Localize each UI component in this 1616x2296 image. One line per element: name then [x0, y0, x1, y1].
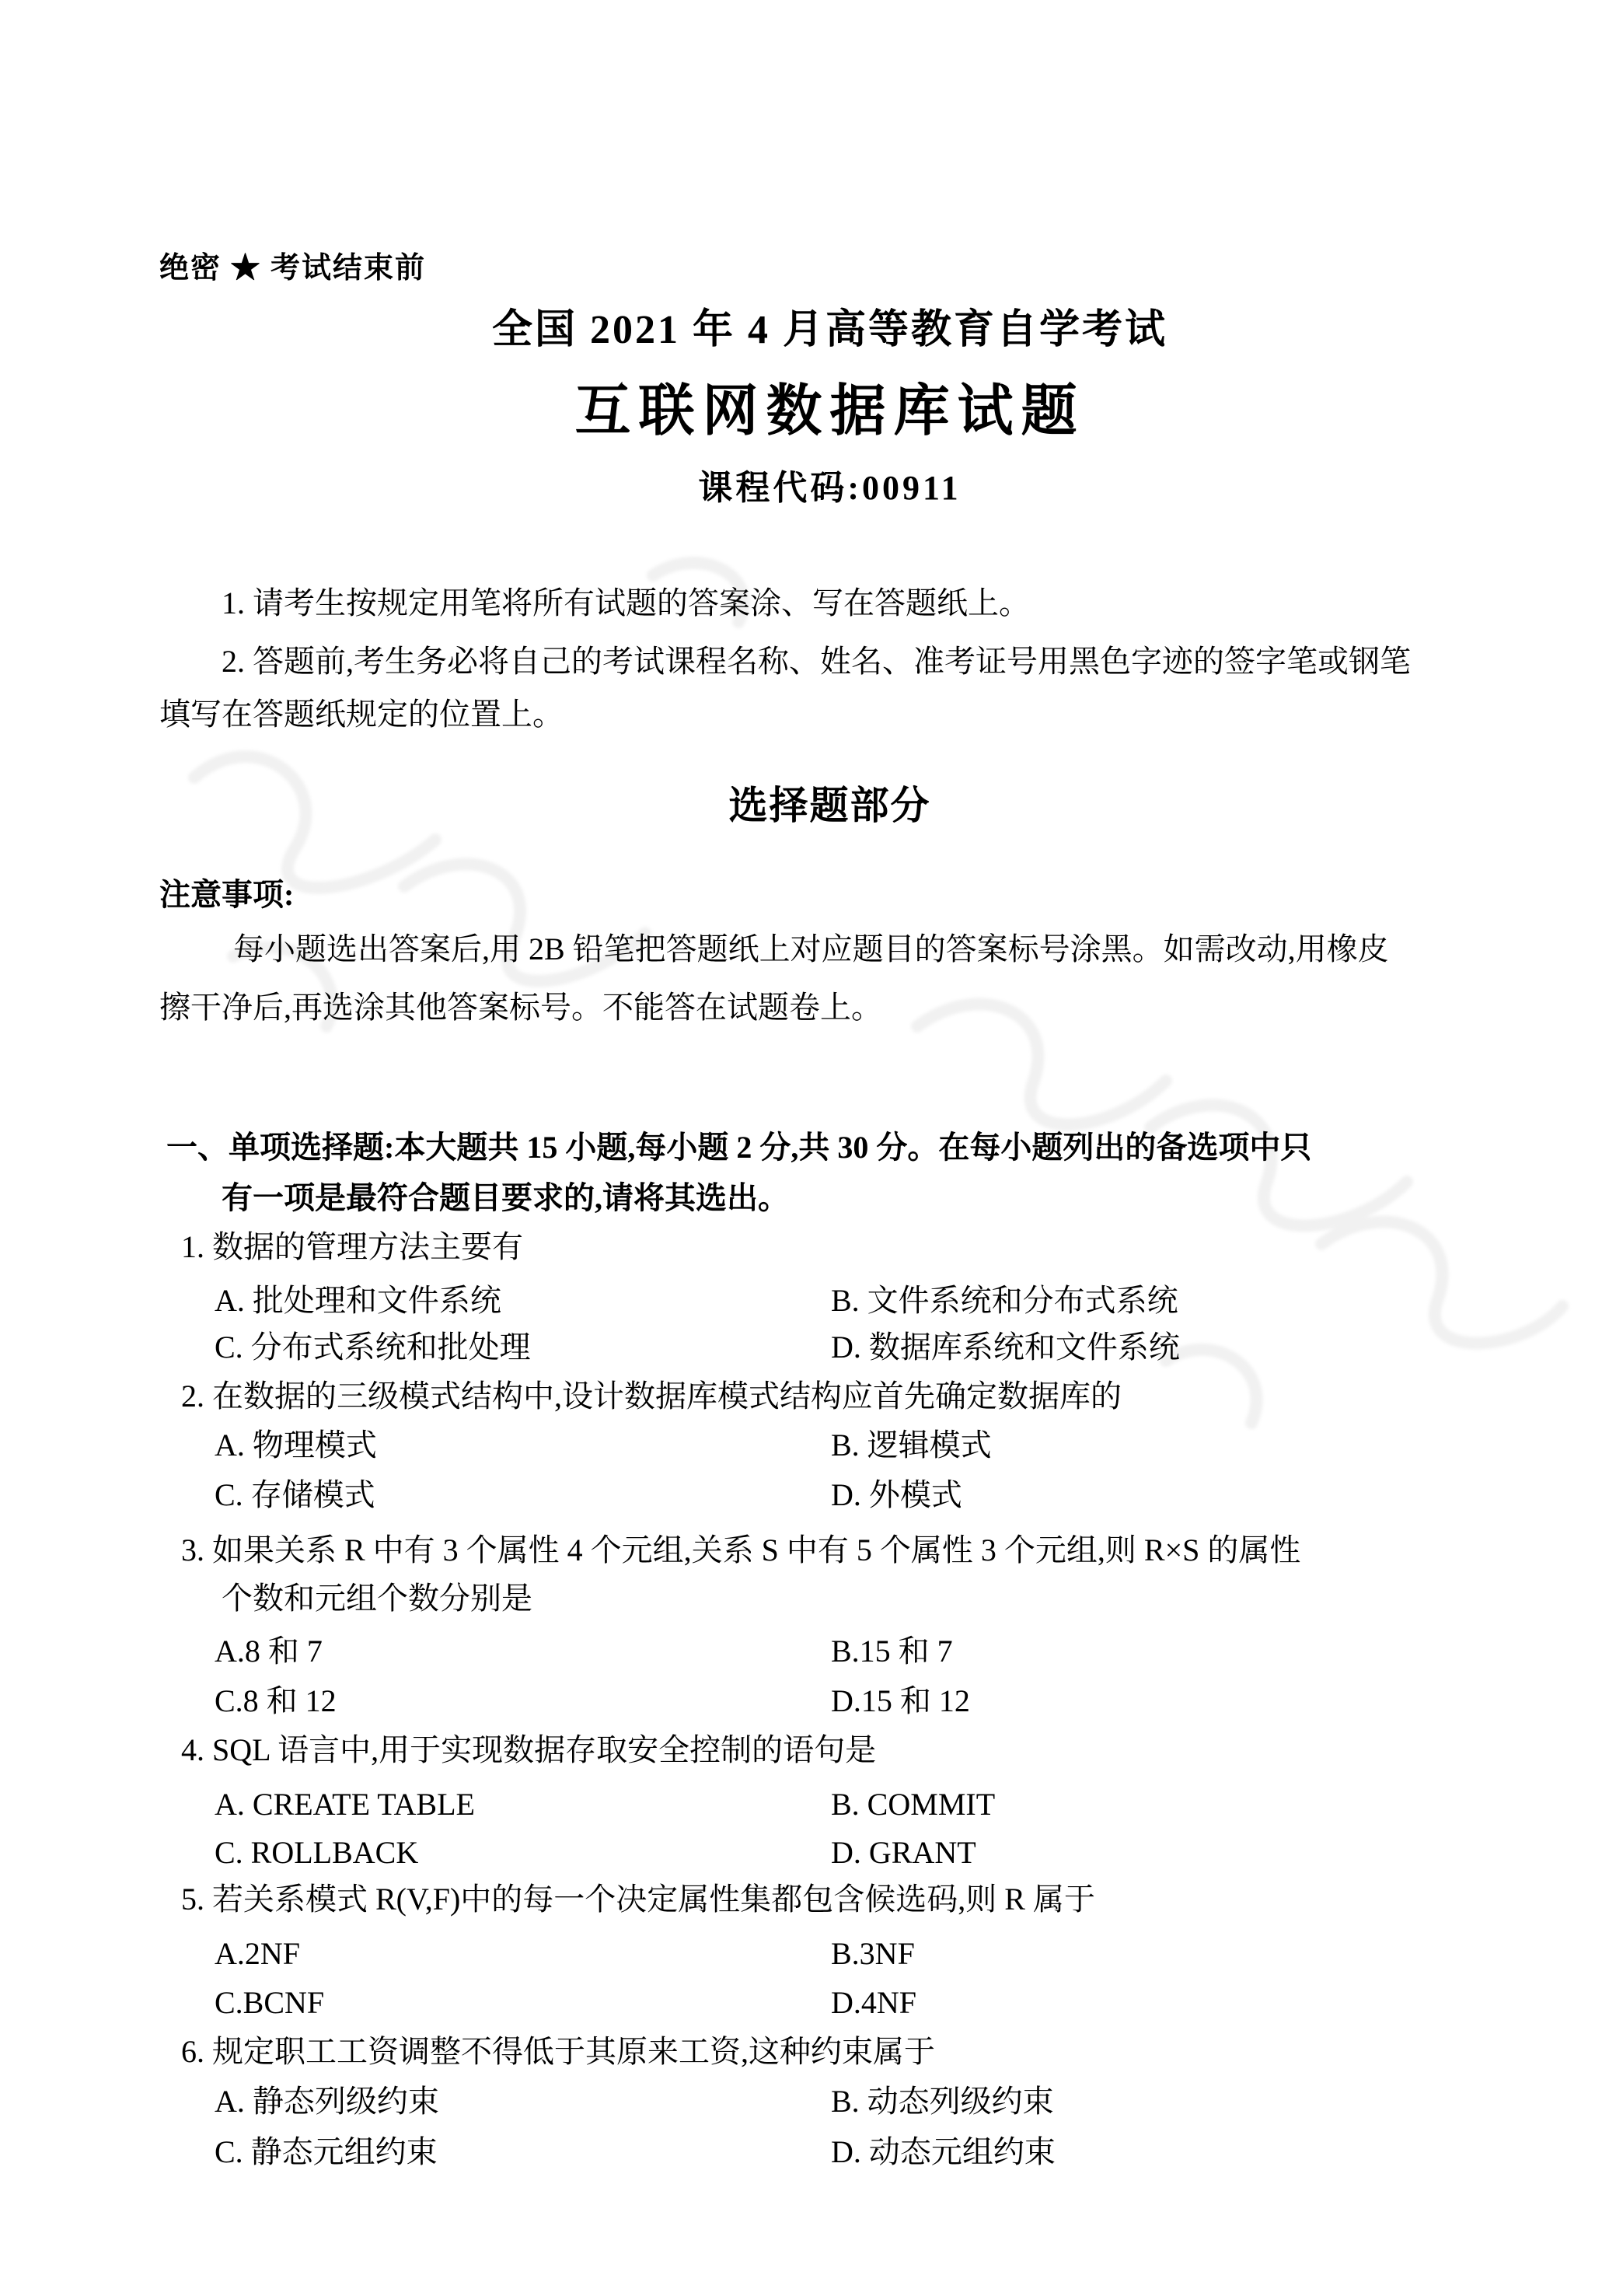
- question-5-option-d: D.4NF: [831, 1985, 1500, 2021]
- question-1-options-cd: C. 分布式系统和批处理 D. 数据库系统和文件系统: [159, 1330, 1500, 1365]
- question-1-stem: 1. 数据的管理方法主要有: [181, 1229, 1500, 1265]
- question-3-stem-line2: 个数和元组个数分别是: [222, 1581, 1500, 1616]
- question-1-option-a: A. 批处理和文件系统: [215, 1283, 831, 1319]
- notice-title: 注意事项:: [159, 877, 1500, 913]
- question-5-option-b: B.3NF: [831, 1936, 1500, 1972]
- star-icon: ★: [231, 252, 262, 285]
- question-5-option-c: C.BCNF: [215, 1985, 831, 2021]
- question-2-options-cd: C. 存储模式 D. 外模式: [159, 1477, 1500, 1513]
- question-4-option-c: C. ROLLBACK: [215, 1835, 831, 1871]
- exam-document: 绝密 ★ 考试结束前 全国 2021 年 4 月高等教育自学考试 互联网数据库试…: [0, 250, 1616, 2170]
- exam-paper-page: { "header": { "secret_left": "绝密", "star…: [0, 0, 1616, 2296]
- question-3-option-b: B.15 和 7: [831, 1634, 1500, 1669]
- question-3-options-ab: A.8 和 7 B.15 和 7: [159, 1634, 1500, 1669]
- question-4-stem: 4. SQL 语言中,用于实现数据存取安全控制的语句是: [181, 1732, 1500, 1768]
- classification-banner: 绝密 ★ 考试结束前: [159, 250, 1500, 286]
- notice-line1: 每小题选出答案后,用 2B 铅笔把答题纸上对应题目的答案标号涂黑。如需改动,用橡…: [233, 931, 1500, 967]
- question-2-options-ab: A. 物理模式 B. 逻辑模式: [159, 1428, 1500, 1463]
- question-2-option-d: D. 外模式: [831, 1477, 1500, 1513]
- question-5-options-ab: A.2NF B.3NF: [159, 1936, 1500, 1972]
- question-5-stem: 5. 若关系模式 R(V,F)中的每一个决定属性集都包含候选码,则 R 属于: [181, 1882, 1500, 1917]
- section-title: 选择题部分: [159, 782, 1500, 829]
- question-3-option-c: C.8 和 12: [215, 1683, 831, 1719]
- question-4-options-cd: C. ROLLBACK D. GRANT: [159, 1835, 1500, 1871]
- question-6-option-c: C. 静态元组约束: [215, 2134, 831, 2170]
- question-6-options-cd: C. 静态元组约束 D. 动态元组约束: [159, 2134, 1500, 2170]
- exam-title-line2: 互联网数据库试题: [159, 379, 1500, 444]
- question-2-stem: 2. 在数据的三级模式结构中,设计数据库模式结构应首先确定数据库的: [181, 1379, 1500, 1414]
- question-1-options-ab: A. 批处理和文件系统 B. 文件系统和分布式系统: [159, 1283, 1500, 1319]
- question-3-options-cd: C.8 和 12 D.15 和 12: [159, 1683, 1500, 1719]
- classification-left-text: 绝密: [159, 252, 222, 285]
- question-4-option-b: B. COMMIT: [831, 1787, 1500, 1822]
- question-2-option-b: B. 逻辑模式: [831, 1428, 1500, 1463]
- question-6-option-a: A. 静态列级约束: [215, 2084, 831, 2120]
- question-4-options-ab: A. CREATE TABLE B. COMMIT: [159, 1787, 1500, 1822]
- question-1-option-c: C. 分布式系统和批处理: [215, 1330, 831, 1365]
- question-1-option-b: B. 文件系统和分布式系统: [831, 1283, 1500, 1319]
- question-6-options-ab: A. 静态列级约束 B. 动态列级约束: [159, 2084, 1500, 2120]
- classification-right-text: 考试结束前: [270, 252, 426, 285]
- exam-title-line1: 全国 2021 年 4 月高等教育自学考试: [159, 308, 1500, 353]
- question-5-options-cd: C.BCNF D.4NF: [159, 1985, 1500, 2021]
- instruction-item-2-line1: 2. 答题前,考生务必将自己的考试课程名称、姓名、准考证号用黑色字迹的签字笔或钢…: [222, 644, 1500, 680]
- question-1-option-d: D. 数据库系统和文件系统: [831, 1330, 1500, 1365]
- question-4-option-a: A. CREATE TABLE: [215, 1787, 831, 1822]
- part1-heading-line1: 一、单项选择题:本大题共 15 小题,每小题 2 分,共 30 分。在每小题列出…: [166, 1130, 1500, 1165]
- course-code: 课程代码:00911: [159, 468, 1500, 508]
- question-3-option-d: D.15 和 12: [831, 1683, 1500, 1719]
- part1-heading-line2: 有一项是最符合题目要求的,请将其选出。: [222, 1180, 1500, 1216]
- notice-line2: 擦干净后,再选涂其他答案标号。不能答在试题卷上。: [159, 990, 1500, 1026]
- question-3-option-a: A.8 和 7: [215, 1634, 831, 1669]
- instruction-item-1: 1. 请考生按规定用笔将所有试题的答案涂、写在答题纸上。: [222, 585, 1500, 621]
- question-2-option-c: C. 存储模式: [215, 1477, 831, 1513]
- question-6-stem: 6. 规定职工工资调整不得低于其原来工资,这种约束属于: [181, 2034, 1500, 2070]
- instruction-item-2-line2: 填写在答题纸规定的位置上。: [159, 697, 1500, 732]
- question-5-option-a: A.2NF: [215, 1936, 831, 1972]
- question-4-option-d: D. GRANT: [831, 1835, 1500, 1871]
- question-6-option-d: D. 动态元组约束: [831, 2134, 1500, 2170]
- question-6-option-b: B. 动态列级约束: [831, 2084, 1500, 2120]
- question-2-option-a: A. 物理模式: [215, 1428, 831, 1463]
- question-3-stem-line1: 3. 如果关系 R 中有 3 个属性 4 个元组,关系 S 中有 5 个属性 3…: [181, 1532, 1500, 1568]
